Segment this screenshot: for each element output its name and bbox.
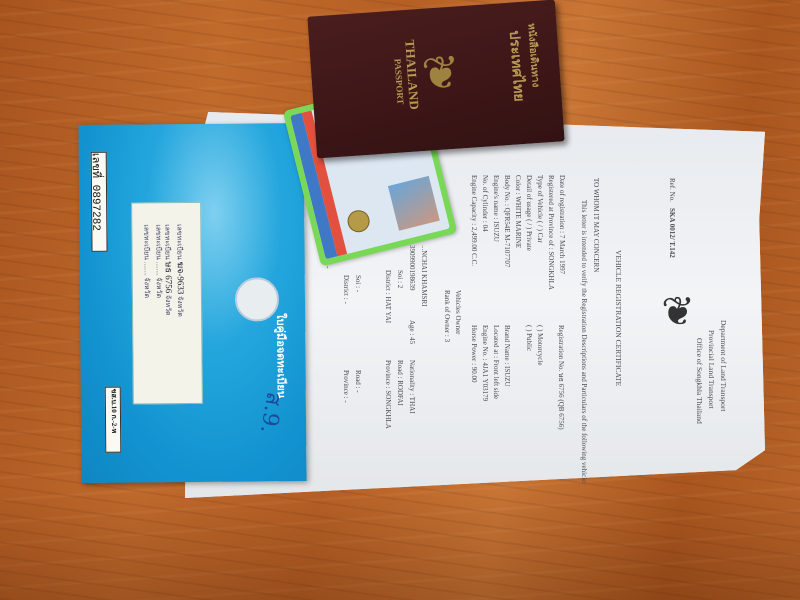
- owner-rank: Rank of Owner : 3: [443, 290, 451, 342]
- table-shadow: [0, 490, 800, 600]
- cert-line: Engine Capacity : 2,499.00 C.C.: [470, 175, 478, 266]
- cert-right-line: Engine No. : 4JA1 Y03179: [481, 325, 489, 401]
- cert-department: Department of Land Transport: [719, 320, 728, 411]
- cert-line: Detail of usage ( / ) Private: [525, 175, 533, 251]
- cert-right-line: Located at : Front left side: [492, 325, 500, 399]
- owner-id: 3909900198639: [408, 245, 416, 291]
- second-province: Province : -: [342, 370, 350, 403]
- chip-icon: [345, 208, 372, 235]
- cert-right-line: Brand Name : ISUZU: [503, 325, 511, 387]
- second-road: Road : -: [354, 370, 362, 393]
- cert-title: VEHICLE REGISTRATION CERTIFICATE: [614, 250, 623, 386]
- form-row: เลขทะเบียน ........ จังหวัด: [152, 224, 164, 298]
- cert-right-line: ( ) Motorcycle: [536, 325, 544, 365]
- cert-line: Engine's name : ISUZU: [492, 175, 500, 242]
- cert-line: Color : WHITE MARINE: [514, 175, 522, 248]
- cert-line: Body No. : QFR54E M-7107707: [503, 175, 511, 267]
- owner-soi: Soi : 2: [396, 270, 404, 288]
- second-district: District : -: [342, 275, 350, 304]
- thai-passport: ❦ THAILAND PASSPORT หนังสือเดินทาง ประเท…: [307, 0, 564, 158]
- cert-right-line: Horse Power : 90.00: [470, 325, 478, 383]
- cert-line: No. of Cylinder : 04: [481, 175, 489, 232]
- cert-ref-value: SKA 0012/ T.142: [668, 208, 676, 258]
- owner-title: Vehicles Owner: [454, 290, 462, 335]
- cert-line: Date of registration : 7 March 1997: [558, 175, 566, 274]
- cert-ref-label: Ref. No.: [668, 178, 676, 202]
- cert-right-line: Registration No. ษธ 6756 (QB 6756): [555, 325, 566, 430]
- owner-province: Province : SONGKHLA: [384, 360, 392, 429]
- cert-office1: Provincial Land Transport: [707, 330, 716, 409]
- owner-age: Age : 45: [408, 320, 416, 344]
- garuda-icon: ❦: [420, 44, 462, 101]
- owner-nationality: Nationality : THAI: [408, 360, 416, 414]
- owner-road: Road : RODFAI: [396, 360, 404, 406]
- cert-office2: Office of Songkhla Thailand: [695, 338, 704, 424]
- serial-number: เลขที่ 0897282: [88, 153, 107, 231]
- owner-district: District : HAT YAI: [384, 270, 392, 323]
- owner-name: ...NCHAI KHAMSRI: [420, 245, 428, 306]
- booklet-code: ขส.บ.10 ก.-2-ห: [108, 389, 119, 434]
- form-row: เลขทะเบียน ........ จังหวัด: [140, 224, 152, 298]
- second-soi: Soi : -: [354, 275, 362, 292]
- cert-line: Type of Vehicle ( / ) Car: [536, 175, 544, 243]
- cert-salutation: TO WHOM IT MAY CONCERN: [592, 178, 600, 272]
- cert-line: Registered at Province of : SONGKHLA: [547, 175, 555, 290]
- garuda-icon: ❦: [655, 288, 701, 336]
- booklet-title: ใบคู่มือจดทะเบียน: [272, 313, 291, 398]
- id-photo: [388, 176, 440, 231]
- cert-right-line: ( ) Public: [525, 325, 533, 351]
- handwritten-note: ส.9.: [251, 389, 292, 436]
- vehicle-registration-booklet: ใบคู่มือจดทะเบียน เลขที่ 0897282 เลขทะเบ…: [78, 123, 306, 483]
- cert-intro: This letter is intended to verify the Re…: [580, 200, 588, 484]
